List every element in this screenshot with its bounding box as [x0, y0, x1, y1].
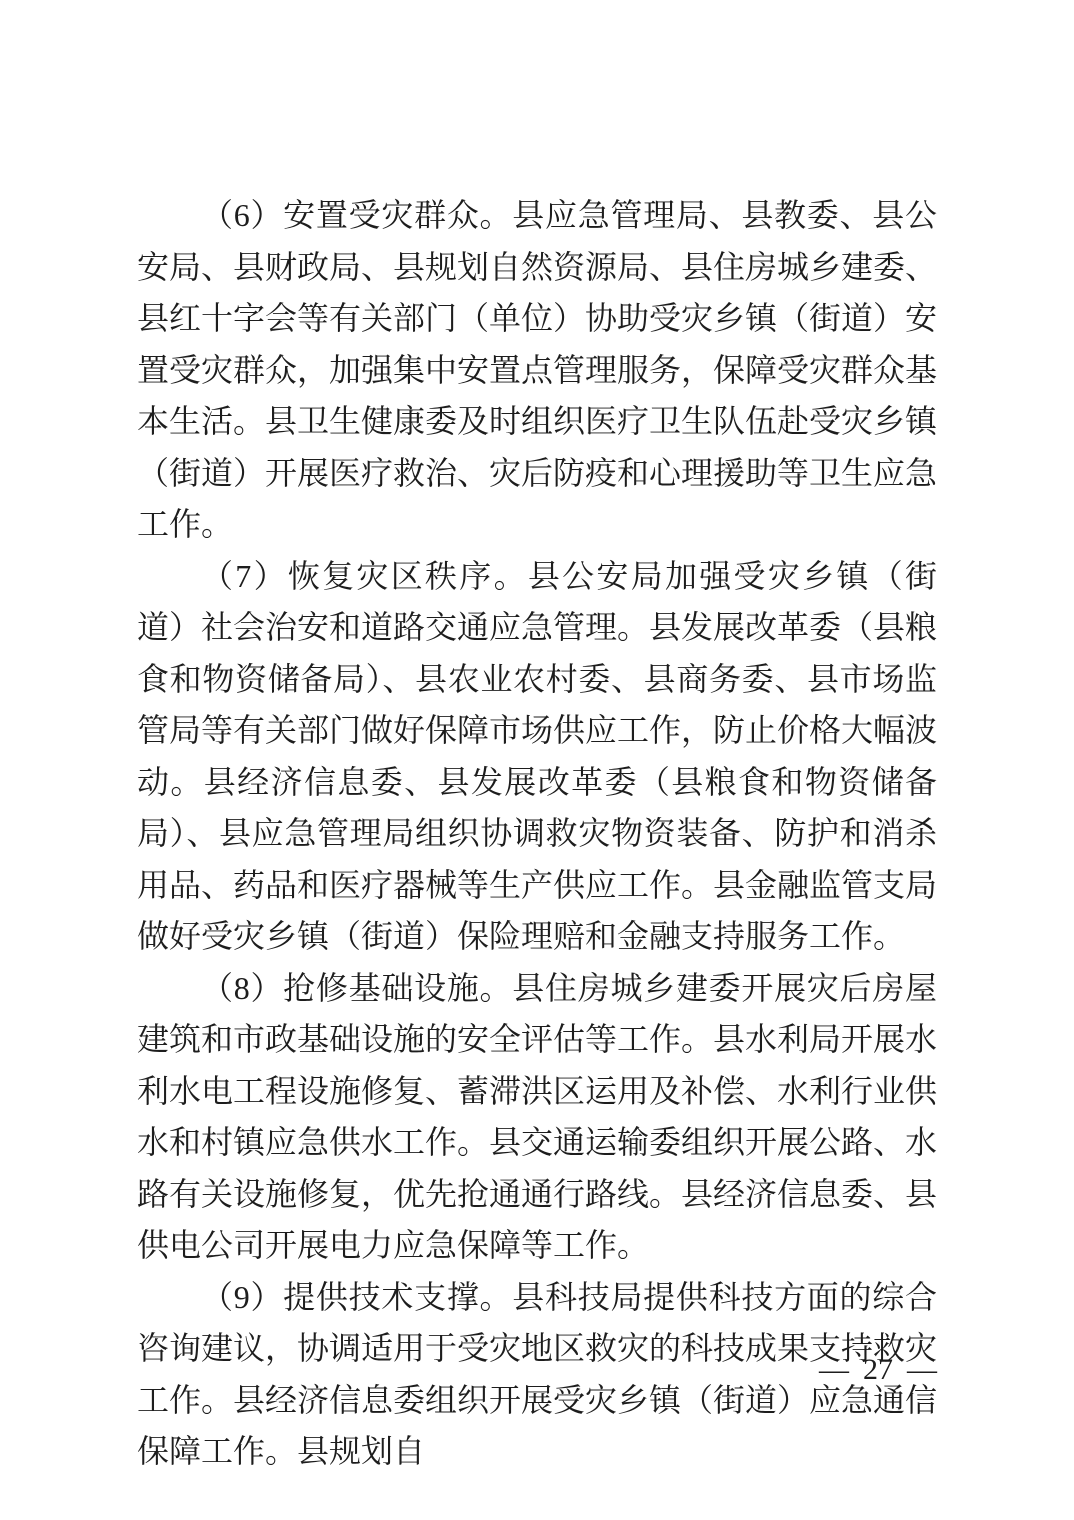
- paragraph-item-8: （8）抢修基础设施。县住房城乡建委开展灾后房屋建筑和市政基础设施的安全评估等工作…: [137, 963, 937, 1272]
- page-number-right-dash: —: [907, 1352, 937, 1388]
- document-body: （6）安置受灾群众。县应急管理局、县教委、县公安局、县财政局、县规划自然资源局、…: [137, 190, 937, 1478]
- page-number: 27: [863, 1352, 893, 1388]
- page-footer: — 27 —: [0, 1352, 937, 1388]
- paragraph-item-7: （7）恢复灾区秩序。县公安局加强受灾乡镇（街道）社会治安和道路交通应急管理。县发…: [137, 551, 937, 963]
- document-page: （6）安置受灾群众。县应急管理局、县教委、县公安局、县财政局、县规划自然资源局、…: [0, 0, 1074, 1520]
- paragraph-item-6: （6）安置受灾群众。县应急管理局、县教委、县公安局、县财政局、县规划自然资源局、…: [137, 190, 937, 551]
- page-number-left-dash: —: [819, 1352, 849, 1388]
